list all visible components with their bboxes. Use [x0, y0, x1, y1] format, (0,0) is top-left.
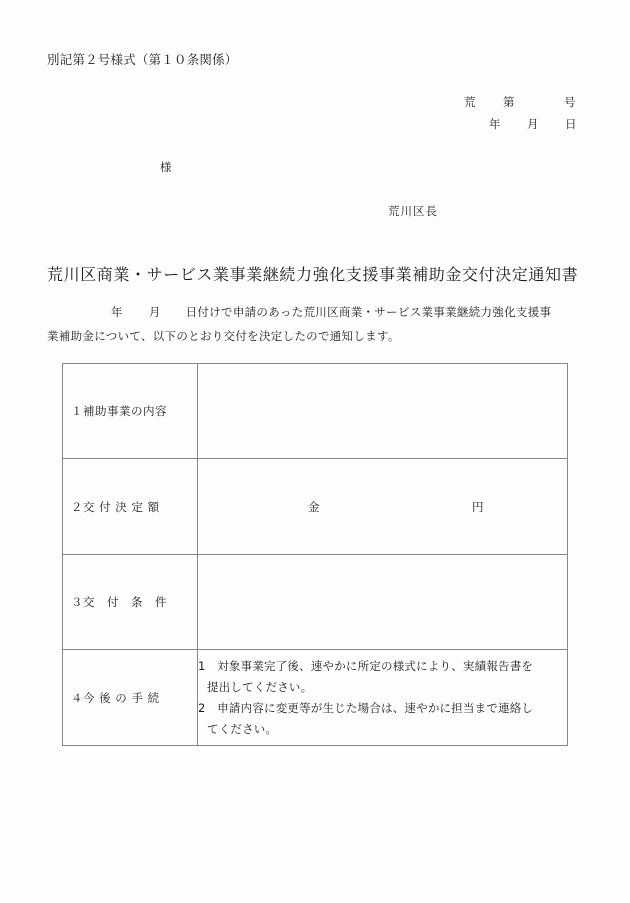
value-grant-conditions — [198, 555, 568, 650]
info-table: １補助事業の内容 ２交 付 決 定 額 金 円 ３交 付 条 件 ４今 後 の … — [62, 363, 568, 746]
table-row: ２交 付 決 定 額 金 円 — [63, 459, 568, 555]
value-grant-amount: 金 円 — [198, 459, 568, 555]
label-grant-amount: ２交 付 決 定 額 — [63, 459, 198, 555]
date-month: 月 — [527, 116, 539, 132]
date-year: 年 — [489, 116, 501, 132]
amount-suffix: 円 — [472, 499, 484, 515]
body-line-1-text: 日付けで申請のあった荒川区商業・サービス業事業継続力強化支援事 — [186, 305, 552, 319]
body-paragraph: 年月日付けで申請のあった荒川区商業・サービス業事業継続力強化支援事 業補助金につ… — [47, 300, 579, 348]
ref-middle: 第 — [503, 94, 515, 110]
body-month: 月 — [149, 305, 161, 319]
ref-prefix: 荒 — [464, 94, 476, 110]
body-year: 年 — [111, 305, 123, 319]
procedure-item-2-line-1: 2 申請内容に変更等が生じた場合は、速やかに担当まで連絡し — [198, 698, 567, 719]
sender: 荒川区長 — [388, 203, 438, 219]
table-row: １補助事業の内容 — [63, 364, 568, 459]
procedure-item-2-line-2: てください。 — [198, 719, 567, 740]
addressee: 様 — [160, 159, 172, 175]
label-procedures: ４今 後 の 手 続 — [63, 650, 198, 746]
value-procedures: 1 対象事業完了後、速やかに所定の様式により、実績報告書を 提出してください。 … — [198, 650, 568, 746]
procedure-item-1-line-2: 提出してください。 — [198, 677, 567, 698]
form-label: 別記第２号様式（第１０条関係） — [47, 50, 238, 68]
label-project-content: １補助事業の内容 — [63, 364, 198, 459]
date-day: 日 — [565, 116, 577, 132]
ref-suffix: 号 — [564, 94, 576, 110]
label-grant-conditions: ３交 付 条 件 — [63, 555, 198, 650]
amount-prefix: 金 — [308, 499, 320, 515]
table-row: ４今 後 の 手 続 1 対象事業完了後、速やかに所定の様式により、実績報告書を… — [63, 650, 568, 746]
table-row: ３交 付 条 件 — [63, 555, 568, 650]
value-project-content — [198, 364, 568, 459]
procedure-item-1-line-1: 1 対象事業完了後、速やかに所定の様式により、実績報告書を — [198, 656, 567, 677]
body-line-2: 業補助金について、以下のとおり交付を決定したので通知します。 — [47, 324, 579, 348]
body-line-1: 年月日付けで申請のあった荒川区商業・サービス業事業継続力強化支援事 — [47, 300, 579, 324]
page-title: 荒川区商業・サービス業事業継続力強化支援事業補助金交付決定通知書 — [47, 262, 578, 285]
